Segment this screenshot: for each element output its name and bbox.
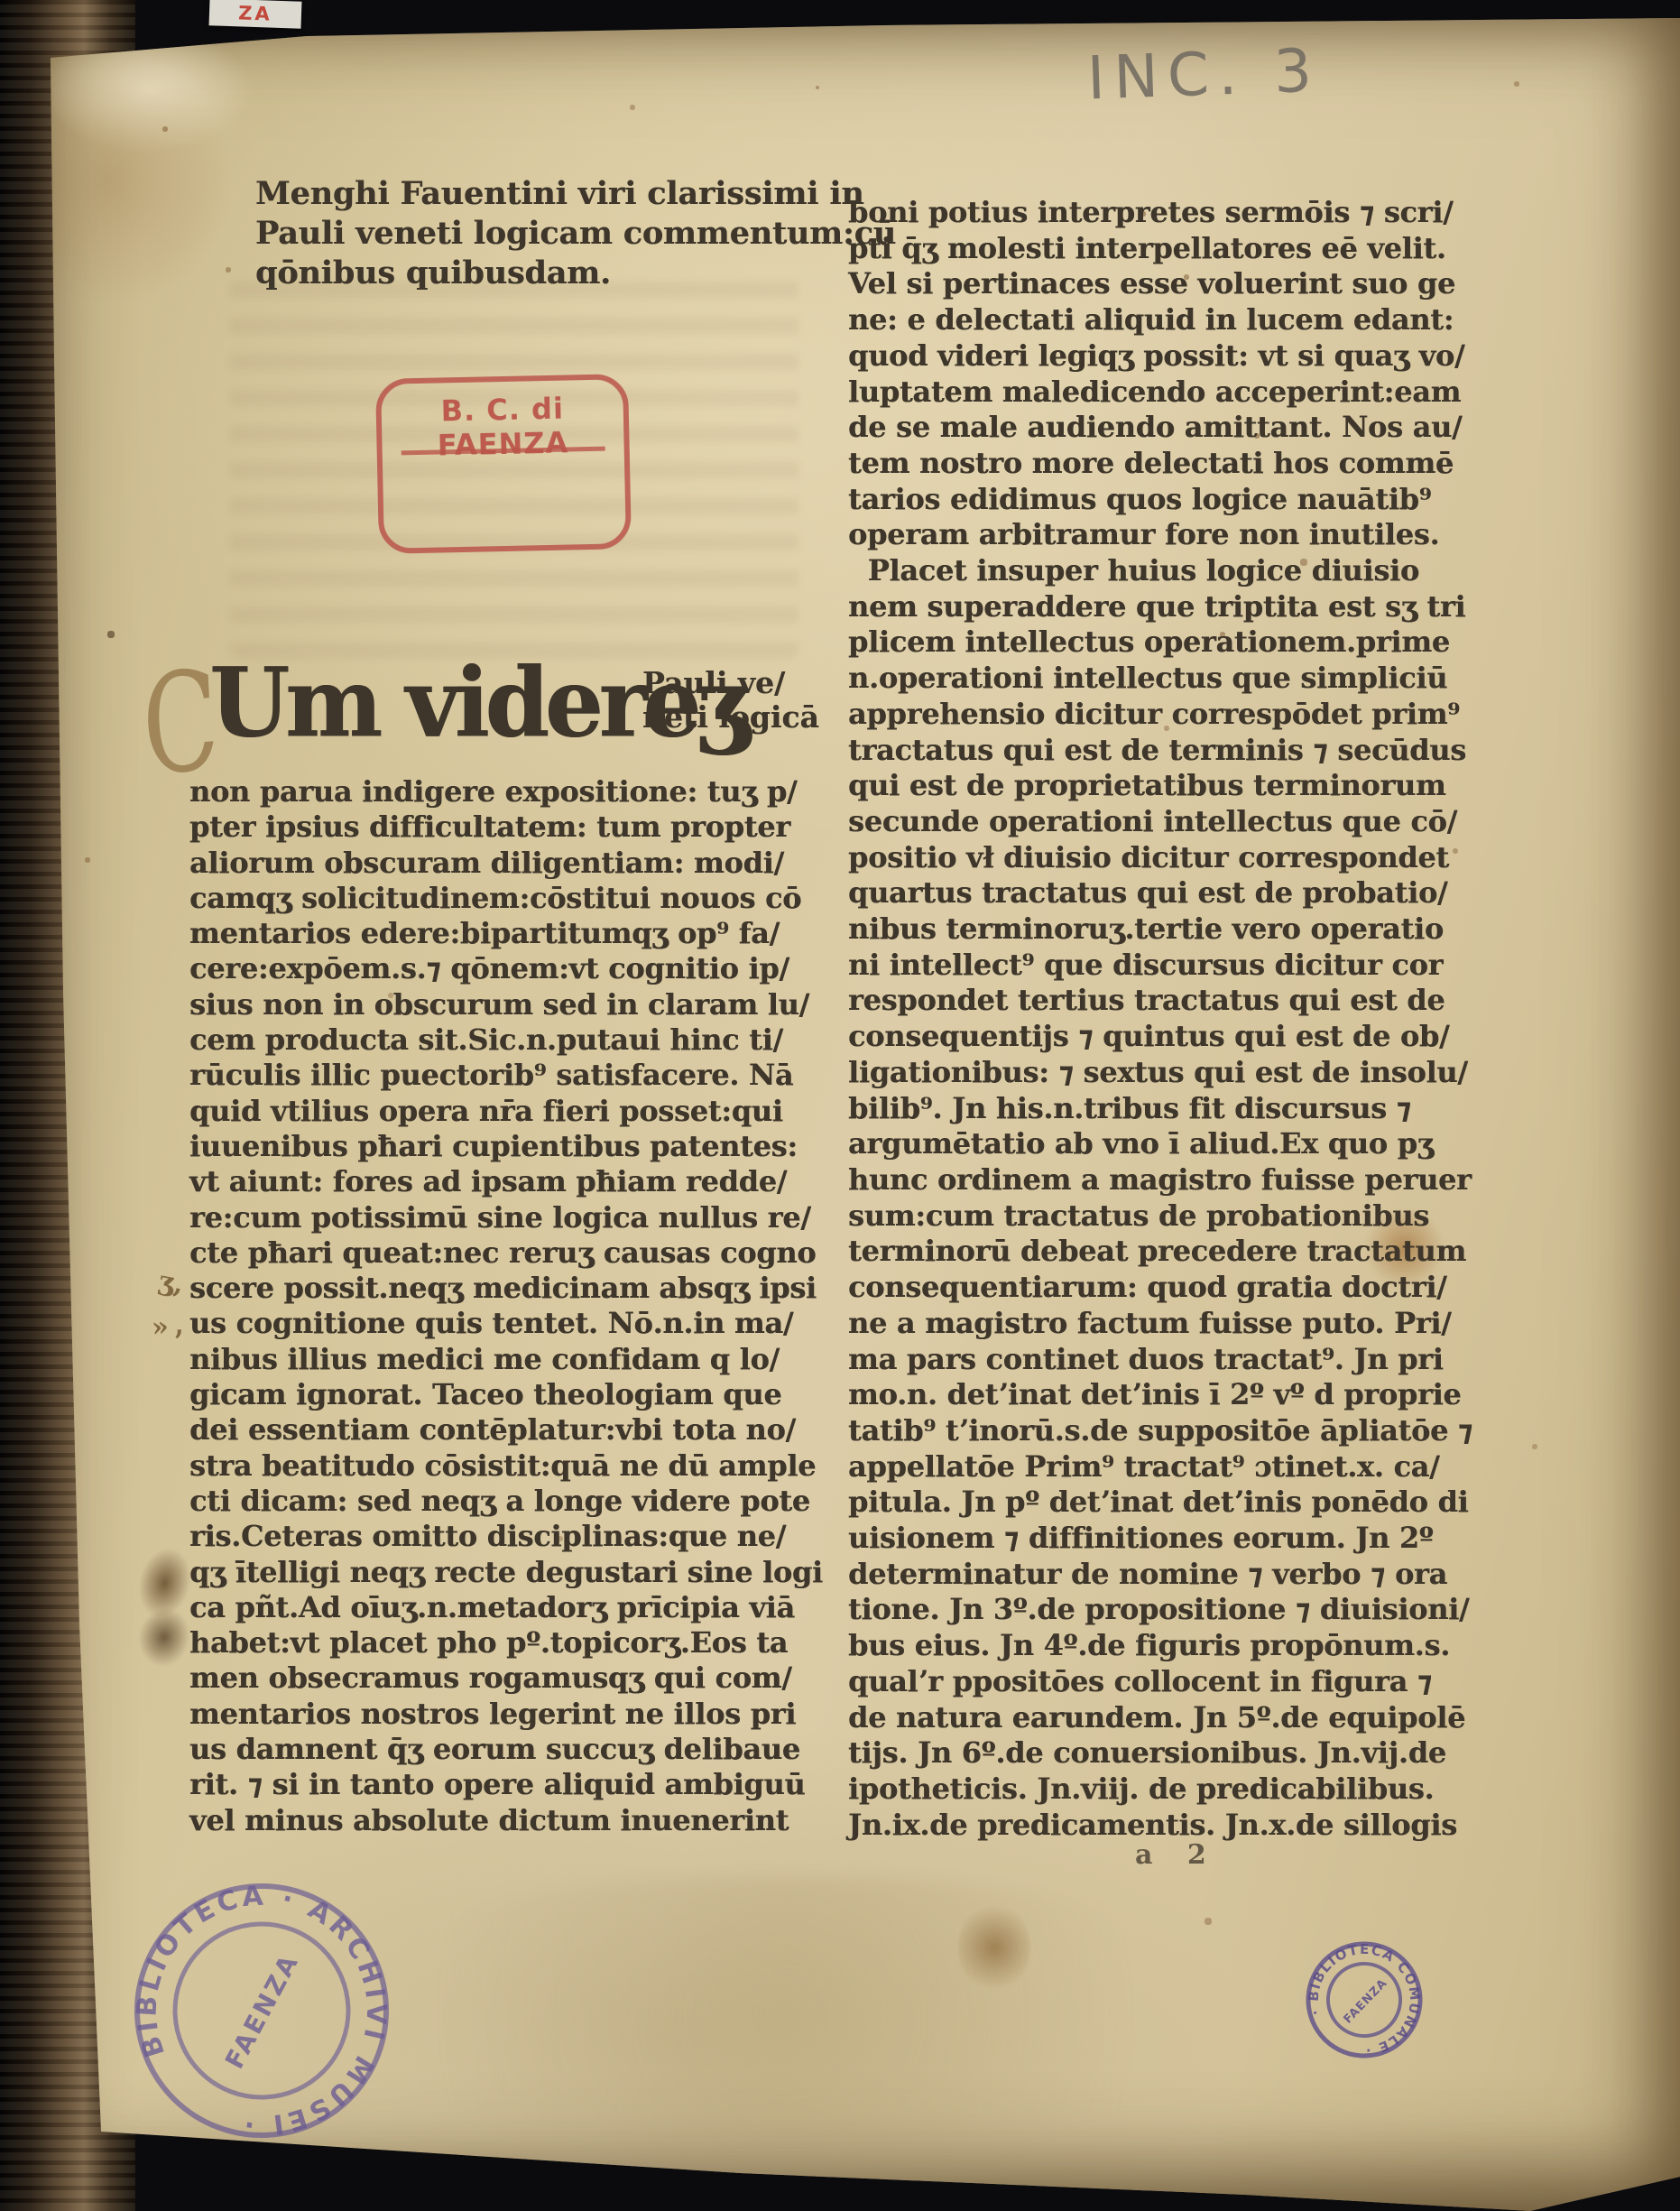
text-line: ma pars continet duos tractat⁹. Jn pri bbox=[848, 1342, 1570, 1378]
tab-text: ZA bbox=[238, 2, 272, 24]
library-stamp-archivi-musei: BIBLIOTECA · ARCHIVI MUSEI · FAENZA bbox=[83, 1832, 440, 2189]
text-line: dei essentiam contēplatur:vbi tota no/ bbox=[189, 1412, 839, 1448]
text-line: consequentijs ⁊ quintus qui est de ob/ bbox=[848, 1019, 1570, 1055]
incipit-side-text: Pauli ve/neti logicā bbox=[642, 666, 819, 735]
text-line: pitula. Jn pº detʼinat detʼinis ponēdo d… bbox=[848, 1485, 1570, 1521]
text-line: hunc ordinem a magistro fuisse peruer bbox=[848, 1162, 1570, 1198]
paper-stain bbox=[958, 1902, 1030, 1993]
text-line: rūculis illic puectorib⁹ satisfacere. Nā bbox=[189, 1058, 839, 1093]
library-stamp-comunale: · BIBLIOTECA COMUNALE · FAENZA bbox=[1285, 1920, 1444, 2079]
text-line: nibus illius medici me confidam q lo/ bbox=[189, 1342, 839, 1377]
text-line: qʒ ītelligi neqʒ recte degustari sine lo… bbox=[189, 1555, 839, 1590]
red-ownership-stamp: B. C. di FAENZA bbox=[375, 374, 632, 554]
stamp-center-text: FAENZA bbox=[219, 1948, 305, 2074]
text-line: aliorum obscuram diligentiam: modi/ bbox=[189, 846, 839, 881]
text-line: habet:vt placet pho pº.topicorʒ.Eos ta bbox=[189, 1625, 839, 1661]
text-line: tarios edidimus quos logice nauātib⁹ bbox=[848, 482, 1570, 518]
text-line: sum:cum tractatus de probationibus bbox=[848, 1198, 1570, 1235]
water-stain bbox=[343, 1877, 1227, 2148]
text-line: ne a magistro factum fuisse puto. Pri/ bbox=[848, 1306, 1570, 1342]
text-line: quid vtilius opera nr̄a fieri posset:qui bbox=[189, 1094, 839, 1129]
text-line: stra beatitudo cōsistit:quā ne dū ample bbox=[189, 1448, 839, 1484]
text-line: us damnent q̄ʒ eorum succuʒ delibaue bbox=[189, 1732, 839, 1767]
text-line: us cognitione quis tentet. Nō.n.in ma/ bbox=[189, 1306, 839, 1341]
text-line: pti q̄ʒ molesti interpellatores eē velit… bbox=[848, 231, 1570, 267]
text-line: ca pñt.Ad oīuʒ.n.metadorʒ prīcipia viā bbox=[189, 1590, 839, 1625]
text-line: Pauli ve/ bbox=[642, 666, 819, 700]
text-line: Placet insuper huius logice diuisio bbox=[848, 553, 1570, 589]
text-line: tijs. Jn 6º.de conuersionibus. Jn.vij.de bbox=[848, 1735, 1570, 1772]
text-line: appellatōe Prim⁹ tractat⁹ ɔtinet.x. ca/ bbox=[848, 1449, 1570, 1485]
text-line: gicam ignorat. Taceo theologiam que bbox=[189, 1377, 839, 1412]
text-line: positio vł diuisio dicitur correspondet bbox=[848, 840, 1570, 876]
text-line: argumētatio ab vno ī aliud.Ex quo pʒ bbox=[848, 1126, 1570, 1162]
quire-signature: a 2 bbox=[1135, 1839, 1219, 1871]
stamp-center-text: FAENZA bbox=[1342, 1976, 1390, 2027]
text-line: terminorū debeat precedere tractatum bbox=[848, 1234, 1570, 1270]
text-line: tatib⁹ tʼinorū.s.de suppositōe āpliatōe … bbox=[848, 1413, 1570, 1449]
text-line: determinatur de nomine ⁊ verbo ⁊ ora bbox=[848, 1557, 1570, 1593]
text-line: ligationibus: ⁊ sextus qui est de insolu… bbox=[848, 1055, 1570, 1091]
text-line: sius non in obscurum sed in claram lu/ bbox=[189, 987, 839, 1022]
text-line: de natura earundem. Jn 5º.de equipolē bbox=[848, 1700, 1570, 1736]
text-line: tractatus qui est de terminis ⁊ secūdus bbox=[848, 733, 1570, 769]
text-line: cere:expōem.s.⁊ qōnem:vt cognitio ip/ bbox=[189, 951, 839, 986]
text-line: qōnibus quibusdam. bbox=[255, 254, 896, 293]
text-line: Menghi Fauentini viri clarissimi in bbox=[255, 174, 896, 214]
text-line: cte pħari queat:nec reruʒ causas cogno bbox=[189, 1235, 839, 1271]
text-line: boni potius interpretes sermōis ⁊ scri/ bbox=[848, 195, 1570, 231]
text-line: luptatem maledicendo acceperint:eam bbox=[848, 375, 1570, 411]
text-line: nibus terminoruʒ.tertie vero operatio bbox=[848, 911, 1570, 948]
text-line: uisionem ⁊ diffinitiones eorum. Jn 2º bbox=[848, 1521, 1570, 1557]
text-line: quartus tractatus qui est de probatio/ bbox=[848, 875, 1570, 911]
margin-annotation: ʒ, bbox=[156, 1265, 186, 1300]
margin-annotation: », bbox=[150, 1309, 190, 1344]
text-line: mo.n. detʼinat detʼinis ī 2º vº d propri… bbox=[848, 1377, 1570, 1413]
text-line: Pauli veneti logicam commentum:cū bbox=[255, 214, 896, 254]
text-line: quod videri legiqʒ possit: vt si quaʒ vo… bbox=[848, 338, 1570, 375]
scanned-incunabulum-photo: { "page": { "shelfmark_pencil": "INC. 3"… bbox=[0, 0, 1680, 2211]
text-line: camqʒ solicitudinem:cōstitui nouos cō bbox=[189, 881, 839, 916]
text-line: tione. Jn 3º.de propositione ⁊ diuisioni… bbox=[848, 1592, 1570, 1628]
text-line: ipotheticis. Jn.viij. de predicabilibus. bbox=[848, 1772, 1570, 1808]
text-line: men obsecramus rogamusqʒ qui com/ bbox=[189, 1661, 839, 1696]
text-line: plicem intellectus operationem.prime bbox=[848, 624, 1570, 661]
text-line: Jn.ix.de predicamentis. Jn.x.de sillogis bbox=[848, 1808, 1570, 1844]
text-line: n.operationi intellectus que simpliciū bbox=[848, 661, 1570, 697]
text-line: vel minus absolute dictum inuenerint bbox=[189, 1803, 839, 1838]
text-line: non parua indigere expositione: tuʒ p/ bbox=[189, 774, 839, 809]
text-line: qualʼr ppositōes collocent in figura ⁊ bbox=[848, 1664, 1570, 1700]
text-line: cti dicam: sed neqʒ a longe videre pote bbox=[189, 1484, 839, 1519]
text-line: cem producta sit.Sic.n.putaui hinc ti/ bbox=[189, 1022, 839, 1058]
pencil-shelfmark: INC. 3 bbox=[1086, 36, 1322, 114]
text-line: respondet tertius tractatus qui est de bbox=[848, 983, 1570, 1019]
text-line: rit. ⁊ si in tanto opere aliquid ambiguū bbox=[189, 1767, 839, 1802]
text-line: Vel si pertinaces esse voluerint suo ge bbox=[848, 266, 1570, 302]
text-line: nem superaddere que triptita est sʒ tri bbox=[848, 589, 1570, 625]
text-line: ris.Ceteras omitto disciplinas:que ne/ bbox=[189, 1519, 839, 1554]
text-line: neti logicā bbox=[642, 700, 819, 735]
text-line: vt aiunt: fores ad ipsam pħiam redde/ bbox=[189, 1164, 839, 1199]
text-line: scere possit.neqʒ medicinam absqʒ ipsi bbox=[189, 1271, 839, 1306]
text-line: pter ipsius difficultatem: tum propter bbox=[189, 809, 839, 845]
text-column-right: boni potius interpretes sermōis ⁊ scri/p… bbox=[848, 195, 1570, 1843]
text-line: ni intellect⁹ que discursus dicitur cor bbox=[848, 948, 1570, 984]
text-line: mentarios edere:bipartitumqʒ op⁹ fa/ bbox=[189, 916, 839, 951]
text-line: ne: e delectati aliquid in lucem edant: bbox=[848, 302, 1570, 338]
text-line: tem nostro more delectati hos commē bbox=[848, 446, 1570, 482]
text-line: bilib⁹. Jn his.n.tribus fit discursus ⁊ bbox=[848, 1091, 1570, 1127]
incipit-header: Menghi Fauentini viri clarissimi inPauli… bbox=[255, 174, 896, 293]
book-page: INC. 3 Menghi Fauentini viri clarissimi … bbox=[0, 0, 1680, 2211]
text-line: bus eius. Jn 4º.de figuris propōnum.s. bbox=[848, 1628, 1570, 1664]
text-line: re:cum potissimū sine logica nullus re/ bbox=[189, 1200, 839, 1235]
text-line: consequentiarum: quod gratia doctri/ bbox=[848, 1270, 1570, 1306]
text-line: secunde operationi intellectus que cō/ bbox=[848, 804, 1570, 840]
text-line: mentarios nostros legerint ne illos pri bbox=[189, 1697, 839, 1732]
text-line: iuuenibus pħari cupientibus patentes: bbox=[189, 1129, 839, 1164]
text-line: qui est de proprietatibus terminorum bbox=[848, 768, 1570, 804]
text-line: apprehensio dicitur correspōdet prim⁹ bbox=[848, 697, 1570, 733]
corner-paper-tab: ZA bbox=[209, 0, 302, 29]
text-line: de se male audiendo amittant. Nos au/ bbox=[848, 410, 1570, 446]
text-column-left: non parua indigere expositione: tuʒ p/pt… bbox=[189, 774, 839, 1838]
text-line: operam arbitramur fore non inutiles. bbox=[848, 517, 1570, 553]
